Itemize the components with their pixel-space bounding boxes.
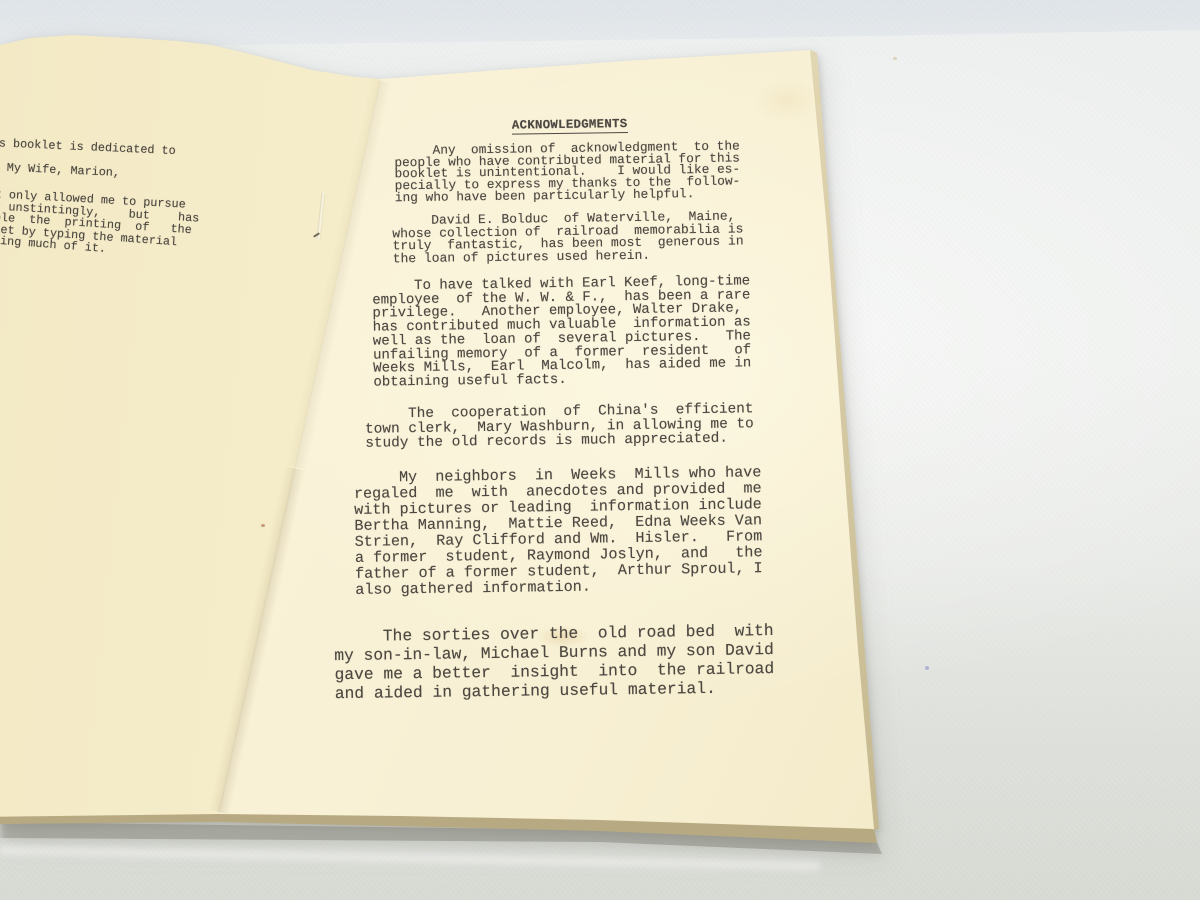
typed-line: and aided in gathering useful material.	[335, 679, 775, 704]
typed-line: the loan of pictures used herein.	[393, 248, 744, 265]
typed-line: study the old records is much appreciate…	[365, 432, 754, 452]
acknowledgments-heading: ACKNOWLEDGMENTS	[512, 117, 628, 135]
open-booklet: is booklet is dedicated toMy Wife, Mario…	[0, 0, 1200, 900]
dedication-text: is booklet is dedicated toMy Wife, Mario…	[0, 138, 320, 260]
typed-paragraph: Any omission of acknowledgment to thepeo…	[394, 140, 740, 203]
typed-paragraph: The sorties over the old road bed withmy…	[334, 622, 775, 704]
paper-speck	[261, 524, 265, 527]
typed-line: ing who have been particularly helpful.	[395, 187, 741, 204]
typed-line: obtaining useful facts.	[373, 371, 751, 390]
typed-paragraph: The cooperation of China's efficienttown…	[365, 402, 754, 452]
typed-paragraph: David E. Bolduc of Waterville, Maine,who…	[392, 210, 744, 265]
typed-line: My Wife, Marion,	[7, 162, 319, 188]
acknowledgments-page-text: ACKNOWLEDGMENTS Any omission of acknowle…	[316, 107, 805, 734]
typed-line: also gathered information.	[355, 576, 763, 598]
typed-paragraph: To have talked with Earl Keef, long-time…	[372, 275, 752, 390]
typed-paragraph: My neighbors in Weeks Mills who haverega…	[354, 464, 763, 598]
